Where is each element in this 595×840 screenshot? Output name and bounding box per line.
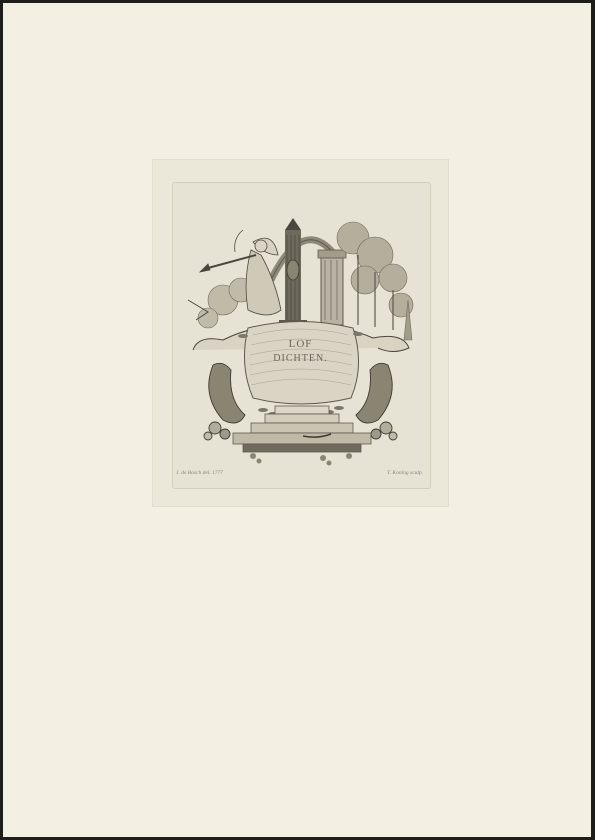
hanging-flowers-icon (250, 453, 352, 466)
engraver-credit: T. Koning sculp. (387, 470, 423, 476)
stone-steps-icon (233, 406, 371, 452)
cartouche-title-line-2: DICHTEN. (153, 353, 448, 364)
cartouche-title-line-1: LOF (153, 338, 448, 350)
mount-paper: LOF DICHTEN. J. de Bosch del. 1777 T. Ko… (3, 3, 591, 837)
trees-icon (337, 222, 413, 340)
obelisk-icon (279, 218, 307, 330)
cornucopia-right-icon (356, 363, 397, 440)
cornucopia-left-icon (204, 363, 245, 440)
engraved-vignette (153, 160, 448, 506)
foliage-left-icon (188, 278, 253, 328)
ruined-arch-icon (271, 240, 346, 325)
designer-credit: J. de Bosch del. 1777 (176, 470, 223, 476)
print-sheet: LOF DICHTEN. J. de Bosch del. 1777 T. Ko… (153, 160, 448, 506)
